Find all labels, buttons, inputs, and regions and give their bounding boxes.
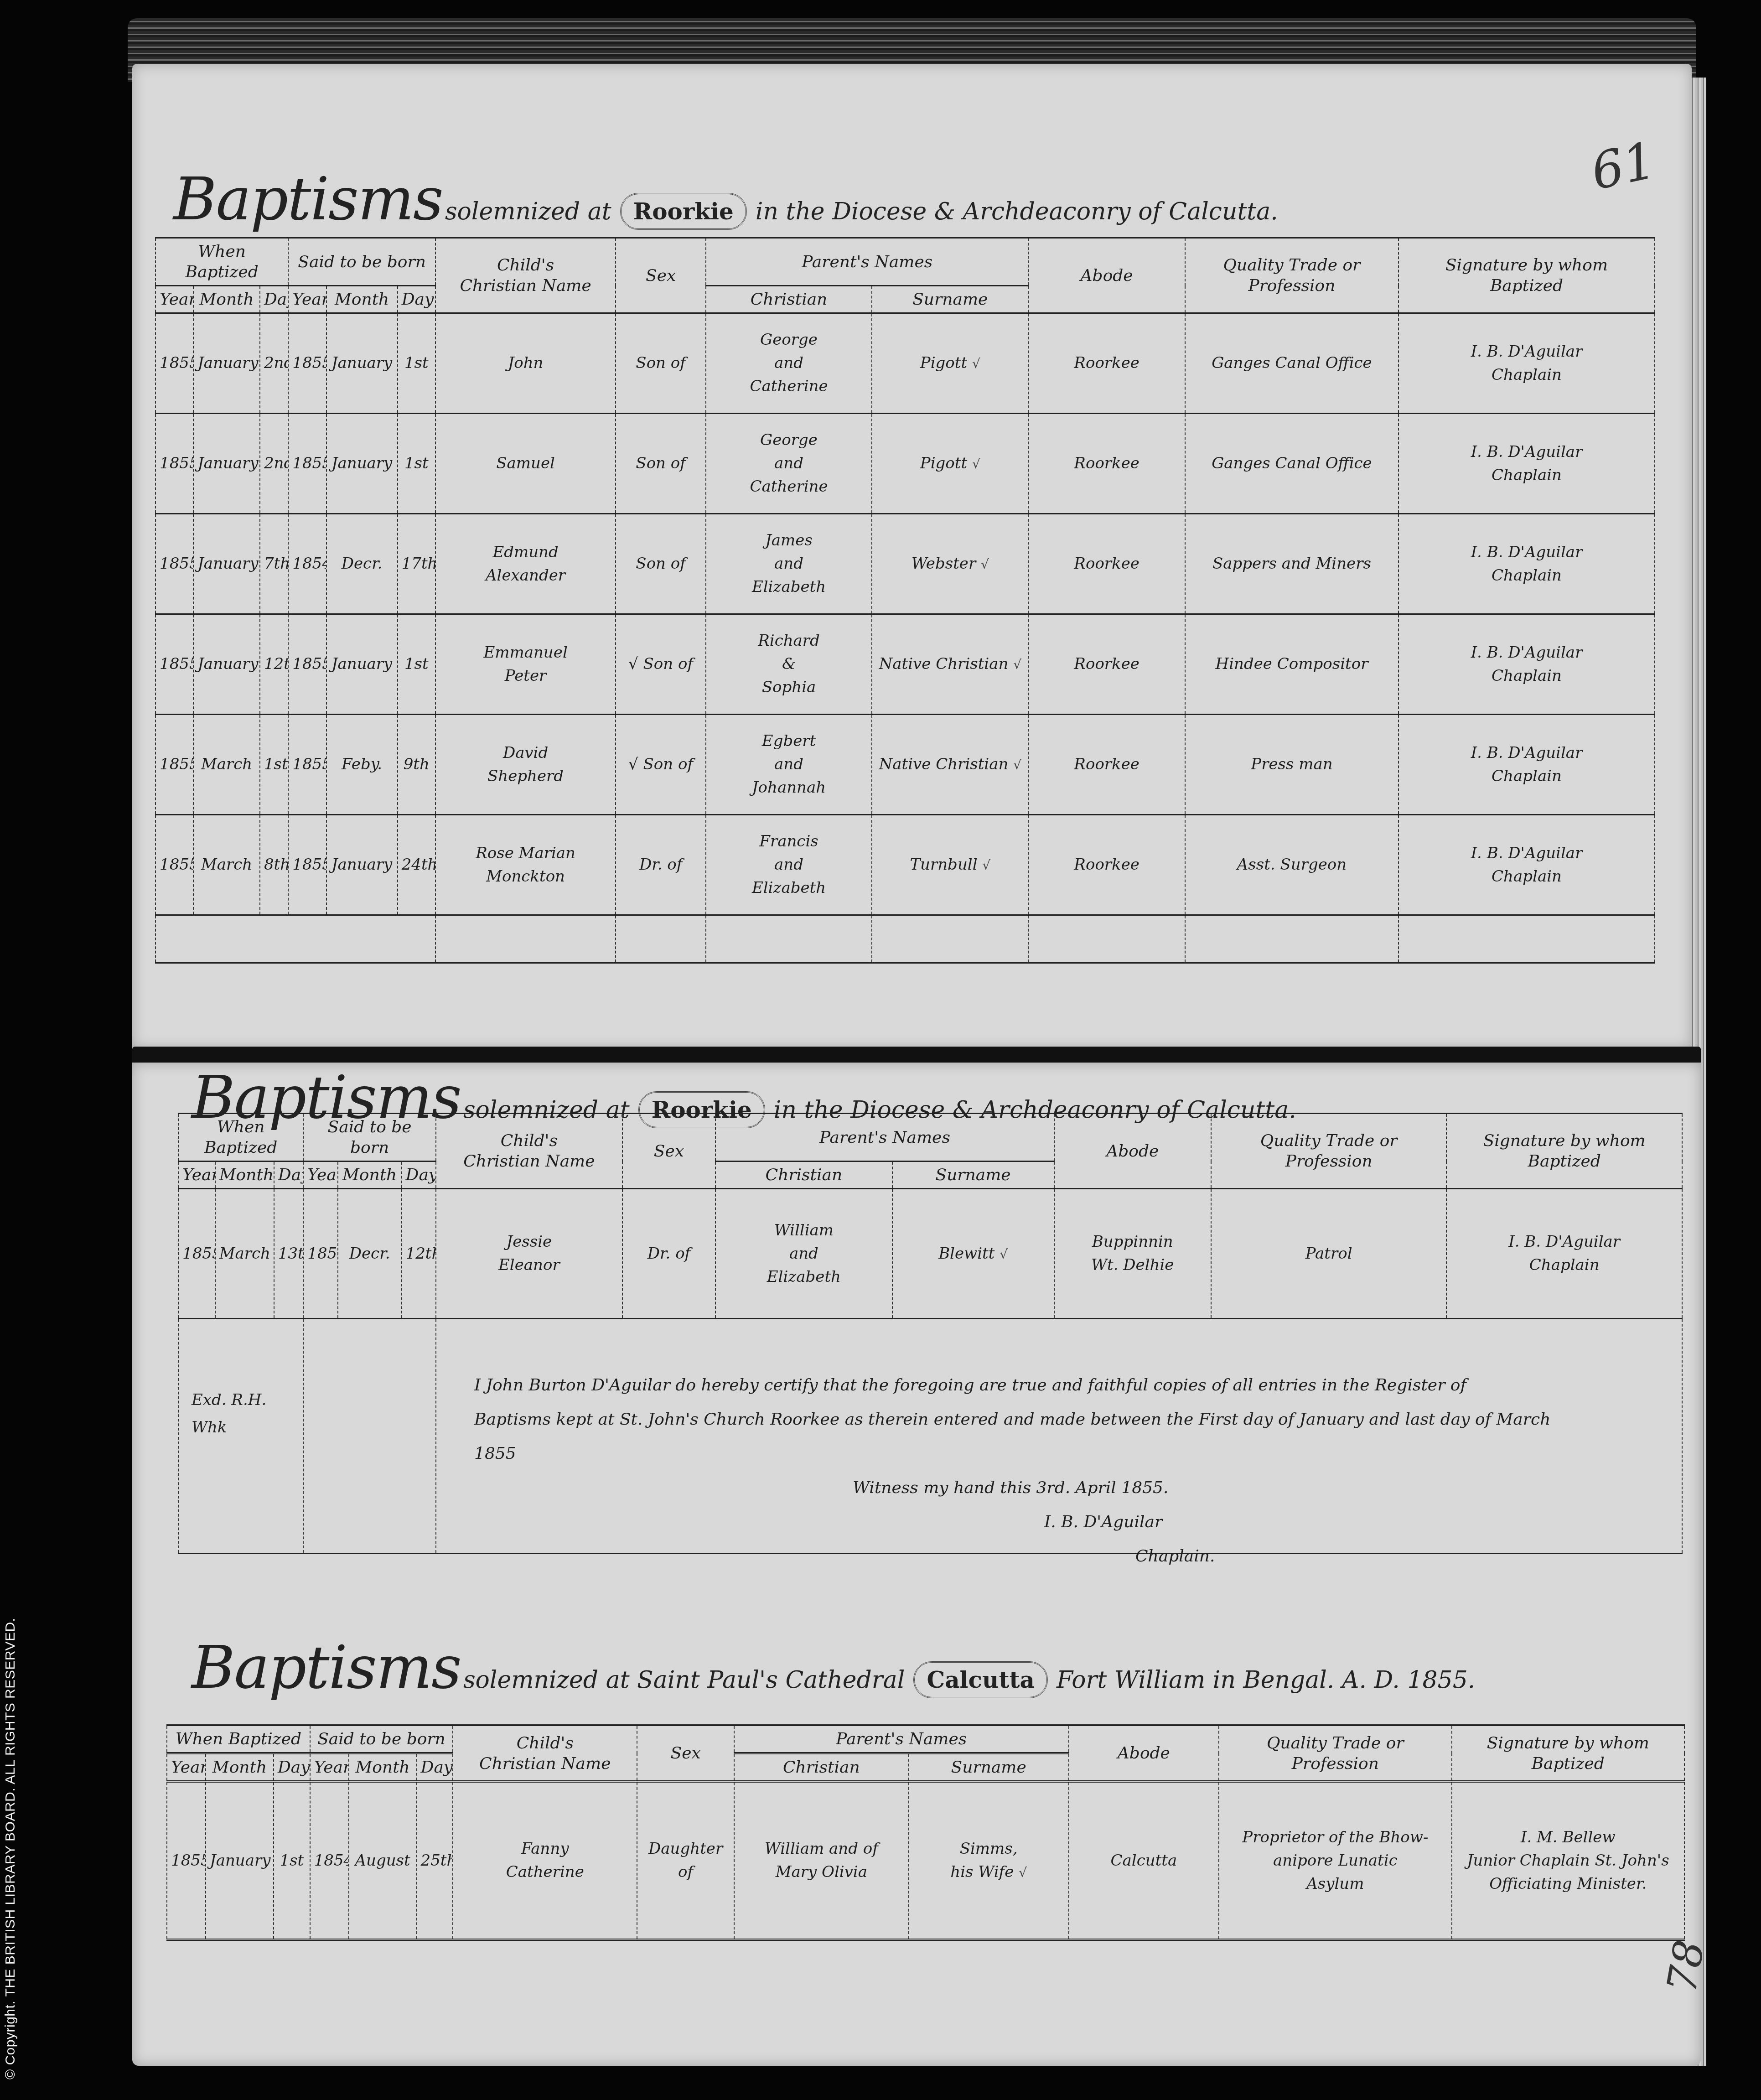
blank-cell xyxy=(706,915,872,963)
surname-text: Blewitt xyxy=(938,1244,994,1263)
parents-surname: Simms, his Wife √ xyxy=(909,1782,1069,1940)
quality: Hindee Compositor xyxy=(1185,614,1398,715)
header-bap-day: Day xyxy=(274,1753,310,1782)
abode: Roorkee xyxy=(1028,614,1185,715)
signature: I. B. D'Aguilar Chaplain xyxy=(1398,313,1655,414)
table-row: 1855 January 2nd 1855 January 1st John S… xyxy=(155,313,1655,414)
born-month: January xyxy=(326,313,398,414)
child-name: Fanny Catherine xyxy=(453,1782,637,1940)
section1-heading-solemnized: solemnized at xyxy=(445,198,611,225)
born-day: 17th xyxy=(398,514,435,614)
header-parents-names: Parent's Names xyxy=(715,1114,1054,1161)
sex: Son of xyxy=(616,514,706,614)
abode: Roorkee xyxy=(1028,815,1185,915)
page-divider xyxy=(132,1047,1701,1065)
child-name: John xyxy=(435,313,616,414)
header-born-month: Month xyxy=(326,286,398,313)
parents-surname: Native Christian √ xyxy=(872,614,1028,715)
child-name: Samuel xyxy=(435,414,616,514)
parents-christian: William and Elizabeth xyxy=(715,1189,892,1319)
table-row: 1855 January 1st 1854 August 25th Fanny … xyxy=(167,1782,1684,1940)
blank-cell xyxy=(616,915,706,963)
table-row: 1855 March 13th 1854 Decr. 12th Jessie E… xyxy=(178,1189,1682,1319)
sex: Daughter of xyxy=(637,1782,734,1940)
abode: Buppinnin Wt. Delhie xyxy=(1054,1189,1211,1319)
header-bap-month: Month xyxy=(193,286,260,313)
check-mark-icon: √ xyxy=(972,456,980,472)
section1-heading-diocese: in the Diocese & Archdeaconry of Calcutt… xyxy=(756,198,1278,225)
header-bap-month: Month xyxy=(206,1753,274,1782)
born-day: 9th xyxy=(398,715,435,815)
abode: Roorkee xyxy=(1028,313,1185,414)
signature: I. B. D'Aguilar Chaplain xyxy=(1398,514,1655,614)
bap-year: 1855 xyxy=(155,815,193,915)
born-year: 1854 xyxy=(288,514,326,614)
bap-day: 13th xyxy=(274,1189,304,1319)
parents-christian: George and Catherine xyxy=(706,313,872,414)
sex: Dr. of xyxy=(616,815,706,915)
certificate-line-1: I John Burton D'Aguilar do hereby certif… xyxy=(474,1368,1559,1402)
born-year: 1855 xyxy=(288,815,326,915)
copyright-notice: © Copyright. THE BRITISH LIBRARY BOARD. … xyxy=(3,1618,18,2079)
born-month: January xyxy=(326,414,398,514)
blank-cell xyxy=(303,1319,436,1554)
header-born-day: Day xyxy=(417,1753,453,1782)
header-christian: Christian xyxy=(715,1161,892,1189)
blank-cell xyxy=(1028,915,1185,963)
check-mark-icon: √ xyxy=(1013,657,1021,672)
born-month: January xyxy=(326,815,398,915)
born-day: 1st xyxy=(398,313,435,414)
blank-cell xyxy=(872,915,1028,963)
header-parents-names: Parent's Names xyxy=(734,1725,1069,1753)
parents-christian: William and of Mary Olivia xyxy=(734,1782,909,1940)
surname-text: Simms, his Wife xyxy=(950,1840,1017,1881)
born-day: 24th xyxy=(398,815,435,915)
header-abode: Abode xyxy=(1069,1725,1219,1782)
bap-month: March xyxy=(215,1189,274,1319)
header-signature: Signature by whom Baptized xyxy=(1446,1114,1682,1189)
bap-year: 1855 xyxy=(155,715,193,815)
register-table-roorkie-1: When Baptized Said to be born Child's Ch… xyxy=(155,237,1655,964)
child-name: Edmund Alexander xyxy=(435,514,616,614)
born-day: 1st xyxy=(398,414,435,514)
check-mark-icon: √ xyxy=(1019,1865,1027,1880)
born-month: Decr. xyxy=(338,1189,402,1319)
bap-year: 1855 xyxy=(155,414,193,514)
header-signature: Signature by whom Baptized xyxy=(1398,238,1655,313)
header-when-baptized: When Baptized xyxy=(155,238,288,286)
check-mark-icon: √ xyxy=(1013,757,1021,773)
born-month: August xyxy=(349,1782,417,1940)
header-born-year: Year xyxy=(288,286,326,313)
blank-cell xyxy=(1398,915,1655,963)
bap-year: 1855 xyxy=(167,1782,206,1940)
header-abode: Abode xyxy=(1028,238,1185,313)
header-born-year: Year xyxy=(303,1161,337,1189)
certificate-line-2: Baptisms kept at St. John's Church Roork… xyxy=(474,1402,1559,1471)
header-christian: Christian xyxy=(706,286,872,313)
header-surname: Surname xyxy=(872,286,1028,313)
header-bap-day: Day xyxy=(260,286,288,313)
quality: Patrol xyxy=(1211,1189,1446,1319)
header-bap-day: Day xyxy=(274,1161,304,1189)
parents-surname: Native Christian √ xyxy=(872,715,1028,815)
header-sex: Sex xyxy=(622,1114,715,1189)
header-parents-names: Parent's Names xyxy=(706,238,1029,286)
section1-place: Roorkie xyxy=(620,193,747,230)
bap-month: January xyxy=(193,514,260,614)
table-row: 1855 January 12th 1855 January 1st Emman… xyxy=(155,614,1655,715)
folio-number-bottom: 78 xyxy=(1658,1937,1714,1996)
signature: I. B. D'Aguilar Chaplain xyxy=(1398,414,1655,514)
table-row: 1855 March 8th 1855 January 24th Rose Ma… xyxy=(155,815,1655,915)
header-quality: Quality Trade or Profession xyxy=(1185,238,1398,313)
section3-heading-title: Baptisms xyxy=(192,1633,461,1702)
born-day: 1st xyxy=(398,614,435,715)
bap-day: 7th xyxy=(260,514,288,614)
sex: √ Son of xyxy=(616,715,706,815)
abode: Calcutta xyxy=(1069,1782,1219,1940)
header-born-month: Month xyxy=(349,1753,417,1782)
child-name: Rose Marian Monckton xyxy=(435,815,616,915)
header-christian: Christian xyxy=(734,1753,909,1782)
child-name: Jessie Eleanor xyxy=(436,1189,622,1319)
bap-month: January xyxy=(193,313,260,414)
signature: I. B. D'Aguilar Chaplain xyxy=(1446,1189,1682,1319)
bap-day: 12th xyxy=(260,614,288,715)
parents-christian: Francis and Elizabeth xyxy=(706,815,872,915)
bap-year: 1855 xyxy=(155,514,193,614)
surname-text: Webster xyxy=(912,555,976,573)
born-year: 1855 xyxy=(288,715,326,815)
header-born-month: Month xyxy=(338,1161,402,1189)
bap-month: January xyxy=(193,614,260,715)
section3-heading-location: Fort William in Bengal. A. D. 1855. xyxy=(1057,1666,1475,1694)
bap-year: 1855 xyxy=(155,614,193,715)
quality: Ganges Canal Office xyxy=(1185,414,1398,514)
sex: Dr. of xyxy=(622,1189,715,1319)
header-sex: Sex xyxy=(637,1725,734,1782)
bap-month: January xyxy=(193,414,260,514)
header-childs-name: Child's Christian Name xyxy=(453,1725,637,1782)
check-mark-icon: √ xyxy=(982,858,990,873)
bap-year: 1855 xyxy=(155,313,193,414)
certificate-witness: Witness my hand this 3rd. April 1855. xyxy=(474,1471,1559,1505)
born-day: 25th xyxy=(417,1782,453,1940)
parents-christian: Richard & Sophia xyxy=(706,614,872,715)
parents-surname: Blewitt √ xyxy=(892,1189,1054,1319)
header-bap-year: Year xyxy=(178,1161,215,1189)
sex: Son of xyxy=(616,313,706,414)
header-born-year: Year xyxy=(310,1753,349,1782)
header-quality: Quality Trade or Profession xyxy=(1211,1114,1446,1189)
signature: I. M. Bellew Junior Chaplain St. John's … xyxy=(1452,1782,1684,1940)
table-row: 1855 January 7th 1854 Decr. 17th Edmund … xyxy=(155,514,1655,614)
header-when-baptized: When Baptized xyxy=(167,1725,310,1753)
bap-day: 8th xyxy=(260,815,288,915)
born-month: Decr. xyxy=(326,514,398,614)
signature: I. B. D'Aguilar Chaplain xyxy=(1398,815,1655,915)
quality: Ganges Canal Office xyxy=(1185,313,1398,414)
signature: I. B. D'Aguilar Chaplain xyxy=(1398,614,1655,715)
sex: √ Son of xyxy=(616,614,706,715)
header-born-day: Day xyxy=(398,286,435,313)
sex: Son of xyxy=(616,414,706,514)
blank-cell xyxy=(155,915,435,963)
parents-christian: James and Elizabeth xyxy=(706,514,872,614)
born-month: Feby. xyxy=(326,715,398,815)
surname-text: Pigott xyxy=(920,454,967,472)
header-surname: Surname xyxy=(892,1161,1054,1189)
parents-surname: Turnbull √ xyxy=(872,815,1028,915)
header-when-baptized: When Baptized xyxy=(178,1114,303,1161)
quality: Proprietor of the Bhow- anipore Lunatic … xyxy=(1219,1782,1451,1940)
born-year: 1855 xyxy=(288,313,326,414)
child-name: David Shepherd xyxy=(435,715,616,815)
section3-place: Calcutta xyxy=(913,1661,1048,1698)
born-year: 1855 xyxy=(288,614,326,715)
header-childs-name: Child's Christian Name xyxy=(436,1114,622,1189)
check-mark-icon: √ xyxy=(972,356,980,371)
parents-christian: Egbert and Johannah xyxy=(706,715,872,815)
surname-text: Turnbull xyxy=(910,856,977,874)
header-said-to-be-born: Said to be born xyxy=(303,1114,436,1161)
blank-cell xyxy=(435,915,616,963)
born-year: 1854 xyxy=(310,1782,349,1940)
parents-christian: George and Catherine xyxy=(706,414,872,514)
table-row-blank xyxy=(155,915,1655,963)
born-month: January xyxy=(326,614,398,715)
abode: Roorkee xyxy=(1028,514,1185,614)
abode: Roorkee xyxy=(1028,715,1185,815)
bap-day: 1st xyxy=(274,1782,310,1940)
header-abode: Abode xyxy=(1054,1114,1211,1189)
header-sex: Sex xyxy=(616,238,706,313)
born-year: 1855 xyxy=(288,414,326,514)
certificate-signature: I. B. D'Aguilar xyxy=(474,1505,1559,1539)
child-name: Emmanuel Peter xyxy=(435,614,616,715)
section3-heading: Baptisms solemnized at Saint Paul's Cath… xyxy=(192,1633,1475,1702)
blank-cell xyxy=(1185,915,1398,963)
header-surname: Surname xyxy=(909,1753,1069,1782)
section1-heading-title: Baptisms xyxy=(173,164,443,233)
quality: Press man xyxy=(1185,715,1398,815)
table-row: 1855 January 2nd 1855 January 1st Samuel… xyxy=(155,414,1655,514)
parents-surname: Pigott √ xyxy=(872,313,1028,414)
born-day: 12th xyxy=(402,1189,436,1319)
check-mark-icon: √ xyxy=(1000,1247,1008,1262)
bap-month: January xyxy=(206,1782,274,1940)
parents-surname: Pigott √ xyxy=(872,414,1028,514)
bap-day: 2nd xyxy=(260,313,288,414)
margin-note: Exd. R.H. Whk xyxy=(192,1386,266,1441)
abode: Roorkee xyxy=(1028,414,1185,514)
bap-month: March xyxy=(193,815,260,915)
header-said-to-be-born: Said to be born xyxy=(310,1725,453,1753)
header-born-day: Day xyxy=(402,1161,436,1189)
header-bap-year: Year xyxy=(155,286,193,313)
header-childs-name: Child's Christian Name xyxy=(435,238,616,313)
table-row: 1855 March 1st 1855 Feby. 9th David Shep… xyxy=(155,715,1655,815)
register-table-calcutta: When Baptized Said to be born Child's Ch… xyxy=(166,1724,1685,1941)
surname-text: Native Christian xyxy=(879,655,1009,673)
bap-year: 1855 xyxy=(178,1189,215,1319)
signature: I. B. D'Aguilar Chaplain xyxy=(1398,715,1655,815)
section1-heading: Baptisms solemnized at Roorkie in the Di… xyxy=(173,164,1278,233)
certificate-text: I John Burton D'Aguilar do hereby certif… xyxy=(474,1368,1559,1573)
quality: Sappers and Miners xyxy=(1185,514,1398,614)
quality: Asst. Surgeon xyxy=(1185,815,1398,915)
header-bap-month: Month xyxy=(215,1161,274,1189)
header-signature: Signature by whom Baptized xyxy=(1452,1725,1684,1782)
section3-heading-solemnized: solemnized at Saint Paul's Cathedral xyxy=(463,1666,905,1694)
header-said-to-be-born: Said to be born xyxy=(288,238,435,286)
surname-text: Pigott xyxy=(920,354,967,372)
bap-day: 2nd xyxy=(260,414,288,514)
surname-text: Native Christian xyxy=(879,755,1009,773)
bap-month: March xyxy=(193,715,260,815)
header-quality: Quality Trade or Profession xyxy=(1219,1725,1451,1782)
parents-surname: Webster √ xyxy=(872,514,1028,614)
born-year: 1854 xyxy=(303,1189,337,1319)
certificate-signature-title: Chaplain. xyxy=(474,1539,1559,1573)
header-bap-year: Year xyxy=(167,1753,206,1782)
check-mark-icon: √ xyxy=(981,557,989,572)
bap-day: 1st xyxy=(260,715,288,815)
